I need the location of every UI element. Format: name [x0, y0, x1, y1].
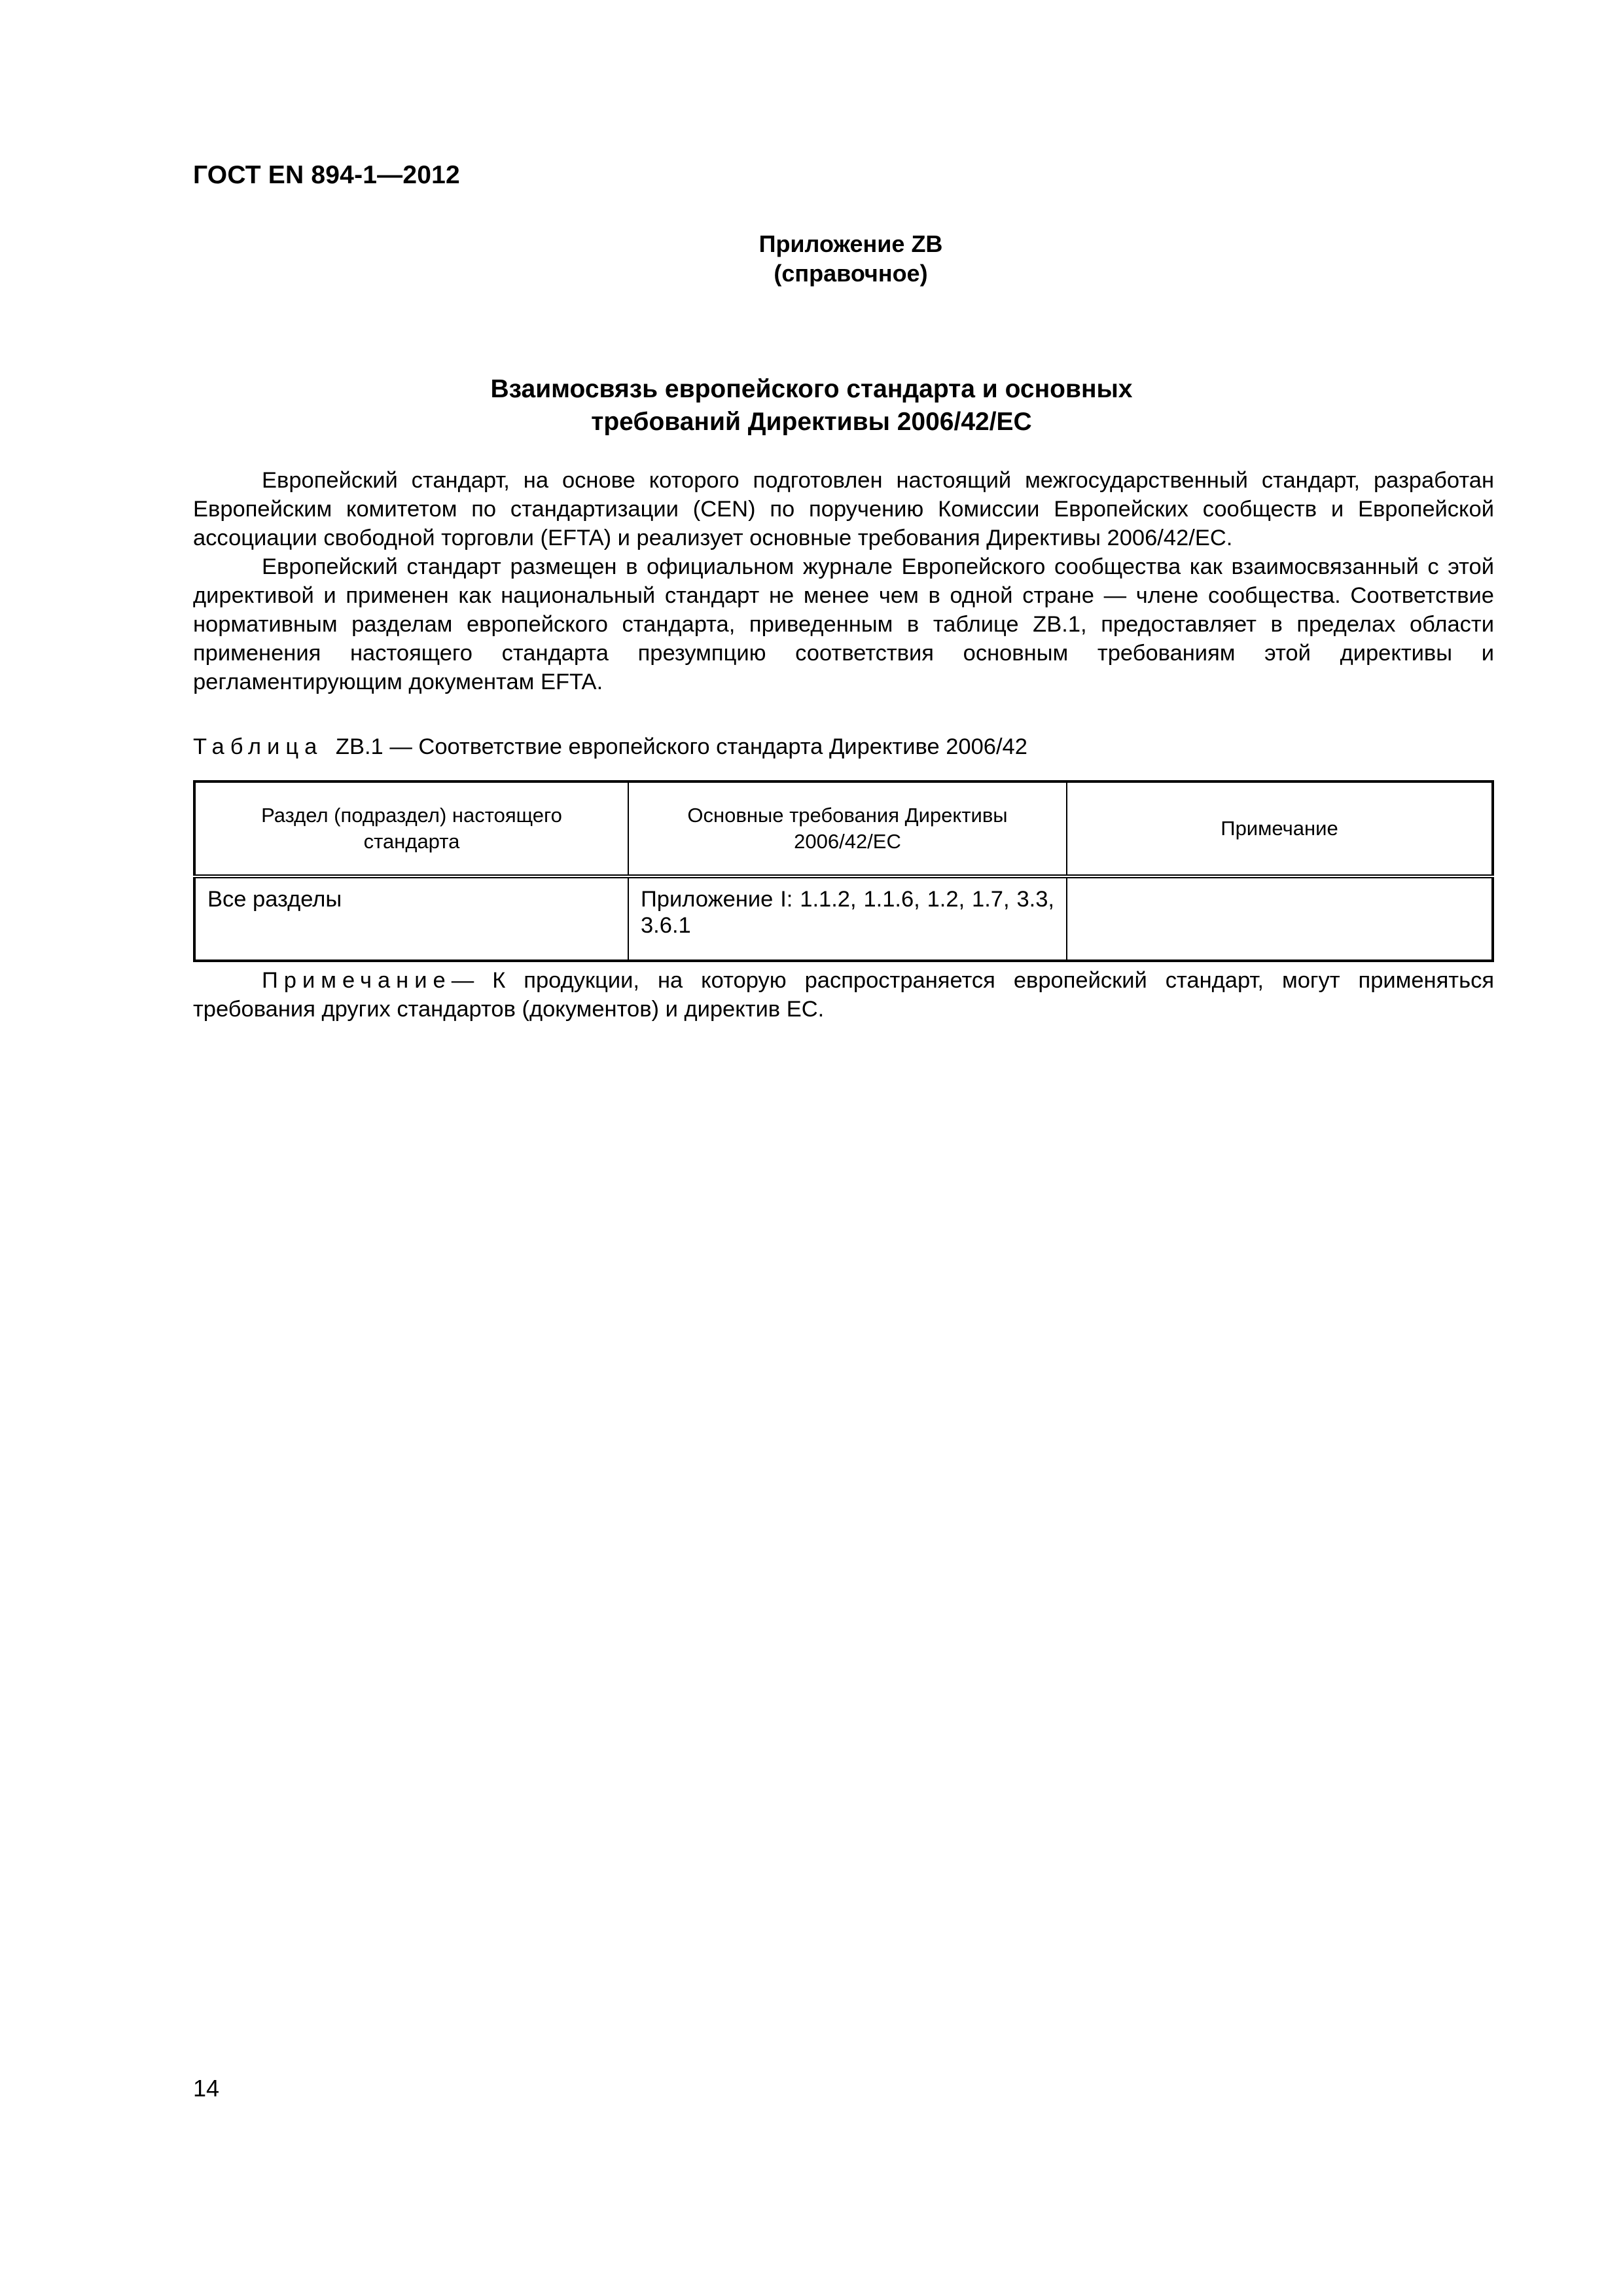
document-code: ГОСТ EN 894-1—2012 — [193, 161, 460, 190]
cell-requirements: Приложение I: 1.1.2, 1.1.6, 1.2, 1.7, 3.… — [628, 876, 1067, 961]
compliance-table: Раздел (подраздел) настоящего стандарта … — [193, 780, 1494, 962]
column-header-section: Раздел (подраздел) настоящего стандарта — [194, 781, 628, 876]
table-row: Все разделы Приложение I: 1.1.2, 1.1.6, … — [194, 876, 1493, 961]
section-heading: Взаимосвязь европейского стандарта и осн… — [0, 373, 1623, 439]
table-caption: Таблица ZB.1 — Соответствие европейского… — [193, 734, 1027, 760]
body-text: Европейский стандарт, на основе которого… — [193, 466, 1494, 696]
page-number: 14 — [193, 2075, 219, 2102]
note-block: Примечание— К продукции, на которую расп… — [193, 966, 1494, 1024]
annex-title: Приложение ZB — [753, 230, 949, 258]
cell-note — [1067, 876, 1493, 961]
cell-section: Все разделы — [194, 876, 628, 961]
annex-kind: (справочное) — [753, 260, 949, 287]
column-header-note: Примечание — [1067, 781, 1493, 876]
heading-line-1: Взаимосвязь европейского стандарта и осн… — [0, 373, 1623, 406]
table-caption-label: Таблица — [193, 734, 323, 759]
column-header-requirements: Основные требования Директивы 2006/42/ЕС — [628, 781, 1067, 876]
table-caption-text: ZB.1 — Соответствие европейского стандар… — [336, 734, 1027, 759]
heading-line-2: требований Директивы 2006/42/ЕС — [0, 406, 1623, 439]
table-header-row: Раздел (подраздел) настоящего стандарта … — [194, 781, 1493, 876]
note-label: Примечание — [262, 968, 452, 993]
paragraph: Европейский стандарт, на основе которого… — [193, 466, 1494, 552]
paragraph: Европейский стандарт размещен в официаль… — [193, 552, 1494, 696]
